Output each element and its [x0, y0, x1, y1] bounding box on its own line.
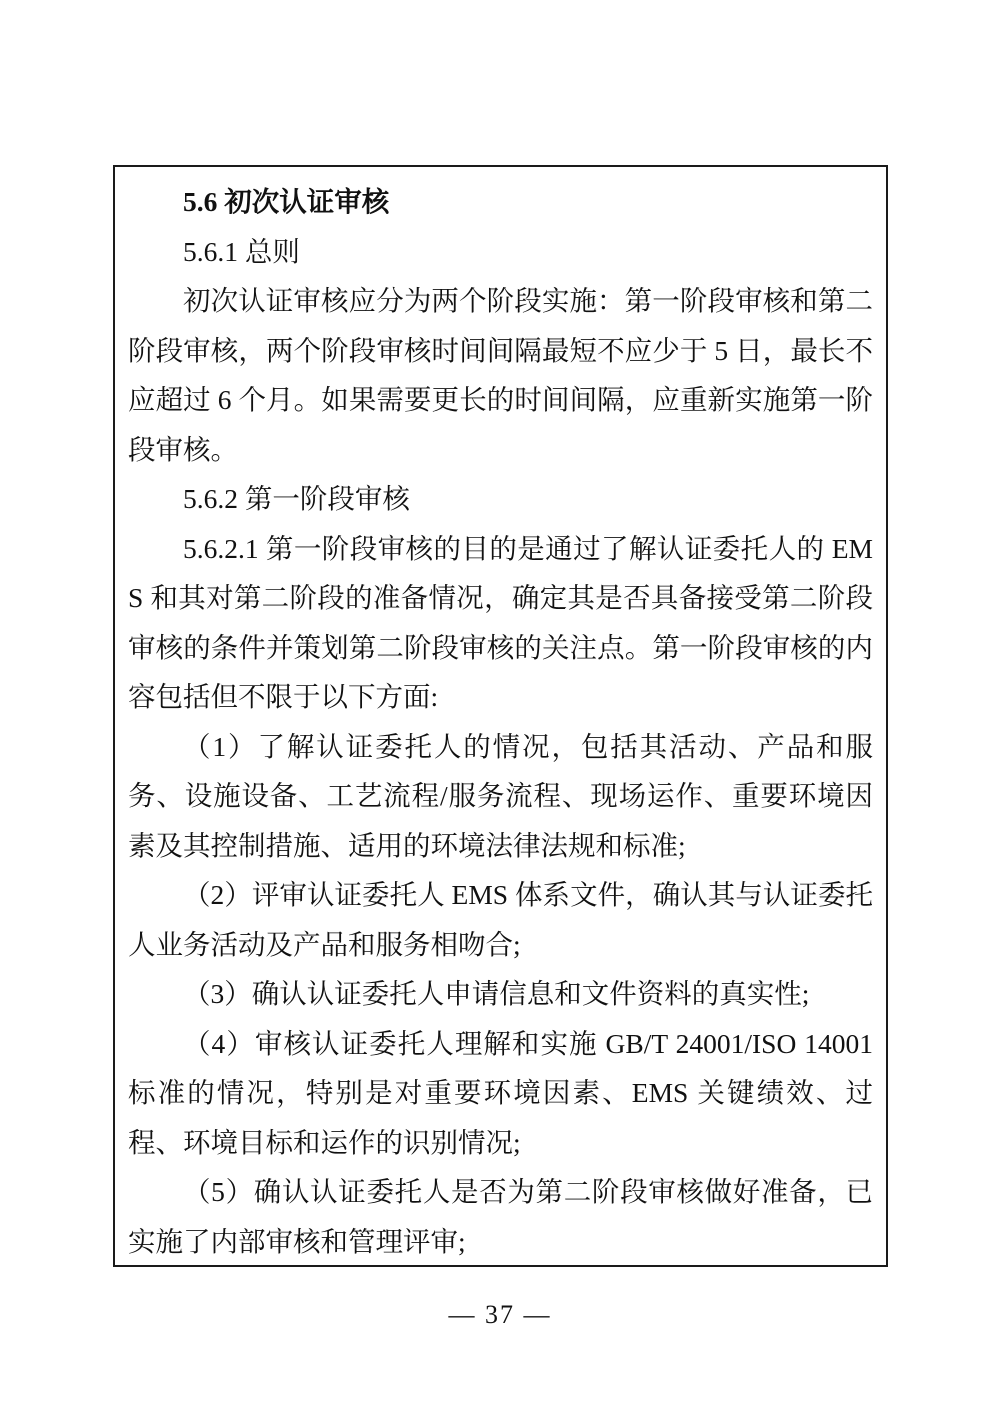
list-item-6: （6）确认认证委托人 EMS 认证范围、体系覆盖范围内有效 — [128, 1266, 873, 1267]
list-item-5: （5）确认认证委托人是否为第二阶段审核做好准备，已实施了内部审核和管理评审; — [128, 1167, 873, 1266]
list-item-2: （2）评审认证委托人 EMS 体系文件，确认其与认证委托人业务活动及产品和服务相… — [128, 870, 873, 969]
content-border-box: 5.6 初次认证审核 5.6.1 总则 初次认证审核应分为两个阶段实施：第一阶段… — [113, 165, 888, 1267]
list-item-3: （3）确认认证委托人申请信息和文件资料的真实性; — [128, 969, 873, 1019]
subsection-heading-5-6-1: 5.6.1 总则 — [128, 227, 873, 277]
paragraph-general-rule: 初次认证审核应分为两个阶段实施：第一阶段审核和第二阶段审核，两个阶段审核时间间隔… — [128, 276, 873, 474]
subsection-heading-5-6-2: 5.6.2 第一阶段审核 — [128, 474, 873, 524]
list-item-1: （1）了解认证委托人的情况，包括其活动、产品和服务、设施设备、工艺流程/服务流程… — [128, 722, 873, 871]
list-item-4: （4）审核认证委托人理解和实施 GB/T 24001/ISO 14001 标准的… — [128, 1019, 873, 1168]
section-heading-5-6: 5.6 初次认证审核 — [128, 177, 873, 227]
paragraph-5-6-2-1: 5.6.2.1 第一阶段审核的目的是通过了解认证委托人的 EMS 和其对第二阶段… — [128, 524, 873, 722]
page-number: — 37 — — [0, 1297, 1000, 1333]
